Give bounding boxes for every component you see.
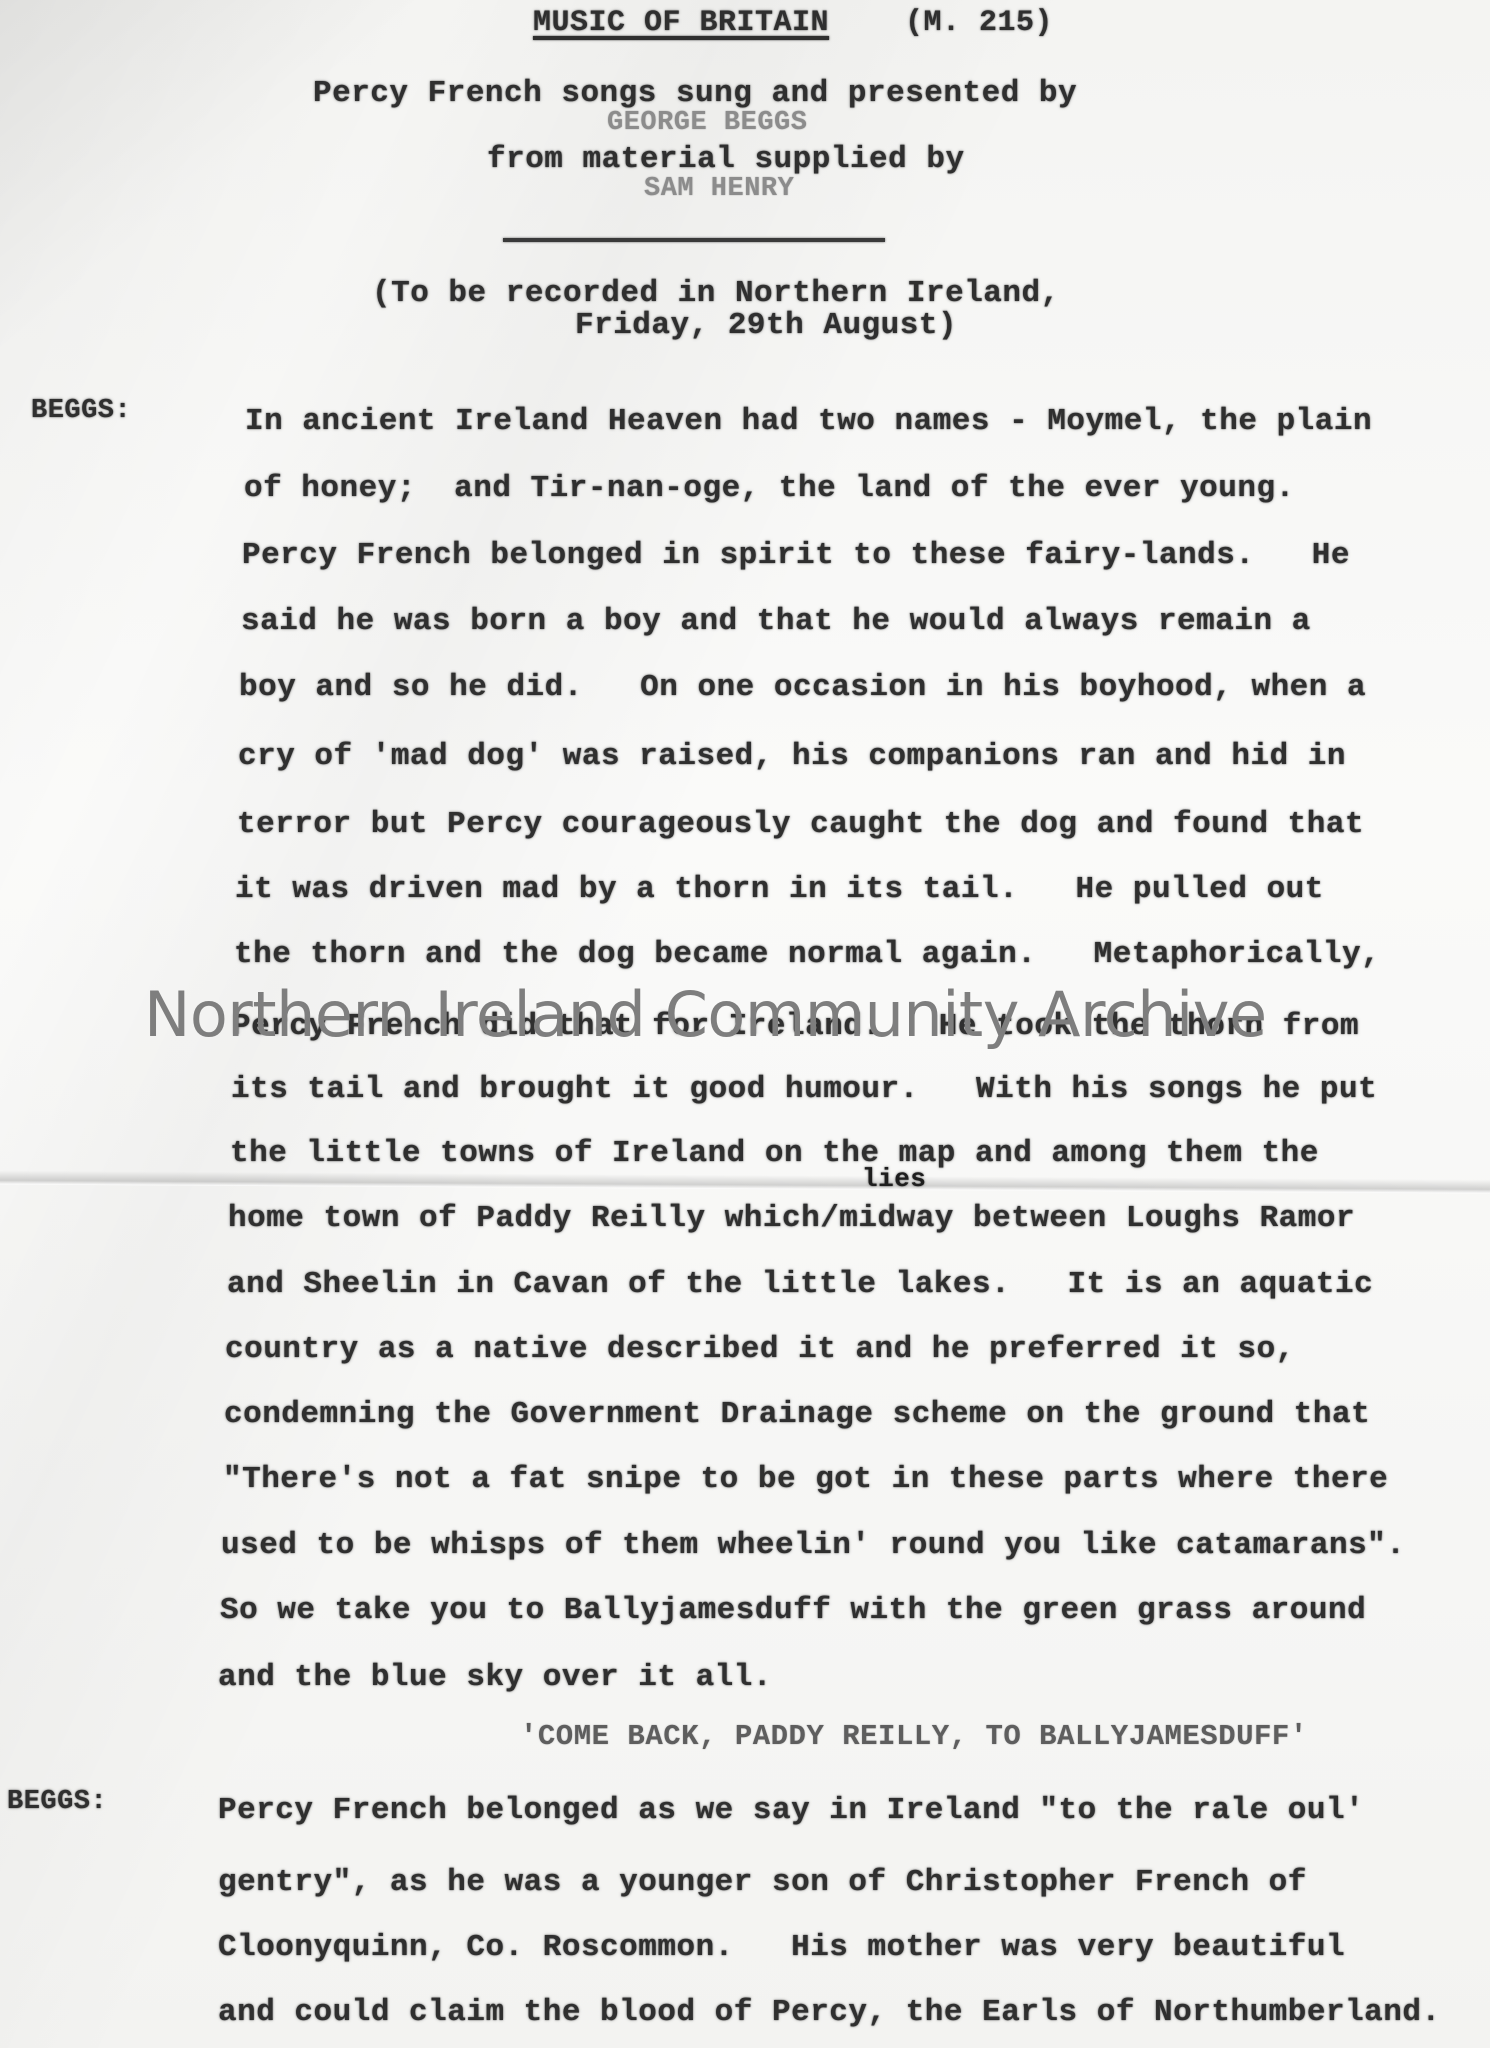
recording-note-line-1: (To be recorded in Northern Ireland, (372, 276, 1060, 311)
text-line: the thorn and the dog became normal agai… (234, 937, 1380, 972)
presenter-name: GEORGE BEGGS (607, 108, 807, 138)
programme-code: (M. 215) (905, 6, 1053, 40)
text-line: Cloonyquinn, Co. Roscommon. His mother w… (218, 1930, 1345, 1965)
speaker-label: BEGGS: (7, 1787, 107, 1817)
text-line: gentry", as he was a younger son of Chri… (218, 1865, 1307, 1900)
text-line: home town of Paddy Reilly which/midway b… (228, 1201, 1355, 1236)
text-line: said he was born a boy and that he would… (241, 604, 1311, 639)
text-line: Percy French belonged as we say in Irela… (218, 1793, 1364, 1828)
speaker-label: BEGGS: (31, 396, 131, 426)
document-title: MUSIC OF BRITAIN (533, 6, 829, 40)
text-line: country as a native described it and he … (225, 1332, 1295, 1367)
paper-wrinkle (0, 0, 600, 400)
text-line: So we take you to Ballyjamesduff with th… (220, 1593, 1366, 1628)
subtitle: Percy French songs sung and presented by (313, 76, 1077, 111)
header-divider (503, 238, 885, 242)
text-line: its tail and brought it good humour. Wit… (231, 1072, 1377, 1107)
text-line: it was driven mad by a thorn in its tail… (235, 872, 1324, 907)
text-line: terror but Percy courageously caught the… (237, 807, 1364, 842)
text-line: cry of 'mad dog' was raised, his compani… (238, 739, 1346, 774)
text-line: and could claim the blood of Percy, the … (218, 1995, 1441, 2030)
recording-note-line-2: Friday, 29th August) (575, 308, 957, 343)
text-line: and Sheelin in Cavan of the little lakes… (227, 1267, 1373, 1302)
text-line: boy and so he did. On one occasion in hi… (239, 670, 1366, 705)
handwritten-insertion: lies (862, 1164, 926, 1194)
text-line: condemning the Government Drainage schem… (224, 1397, 1370, 1432)
archive-watermark: Northern Ireland Community Archive (144, 978, 1267, 1051)
text-line: the little towns of Ireland on the map a… (230, 1136, 1319, 1171)
text-line: of honey; and Tir-nan-oge, the land of t… (244, 471, 1295, 506)
song-title: 'COME BACK, PADDY REILLY, TO BALLYJAMESD… (520, 1720, 1308, 1753)
credit-line: from material supplied by (487, 142, 965, 177)
supplier-name: SAM HENRY (644, 174, 794, 204)
text-line: Percy French belonged in spirit to these… (242, 538, 1350, 573)
text-line: "There's not a fat snipe to be got in th… (223, 1462, 1388, 1497)
text-line: In ancient Ireland Heaven had two names … (245, 404, 1372, 439)
text-line: and the blue sky over it all. (218, 1660, 772, 1695)
text-line: used to be whisps of them wheelin' round… (221, 1528, 1405, 1563)
